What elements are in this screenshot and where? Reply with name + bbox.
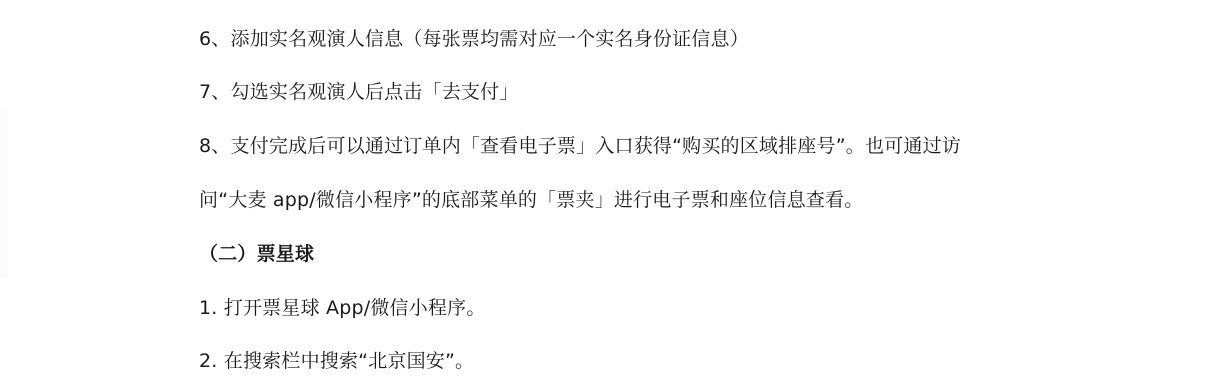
step-7-text: 7、勾选实名观演人后点击「去支付」 (199, 80, 519, 104)
step-2-text: 2. 在搜索栏中搜索“北京国安”。 (199, 349, 474, 373)
step-6-text: 6、添加实名观演人信息（每张票均需对应一个实名身份证信息） (199, 27, 749, 51)
section-heading-piaoxingqiu: （二）票星球 (199, 242, 314, 266)
step-8-text: 8、支付完成后可以通过订单内「查看电子票」入口获得“购买的区域排座号”。也可通过… (199, 134, 961, 158)
step-1-text: 1. 打开票星球 App/微信小程序。 (199, 296, 486, 320)
page-edge-shadow (0, 108, 8, 278)
step-8-continuation-text: 问“大麦 app/微信小程序”的底部菜单的「票夹」进行电子票和座位信息查看。 (199, 188, 864, 212)
